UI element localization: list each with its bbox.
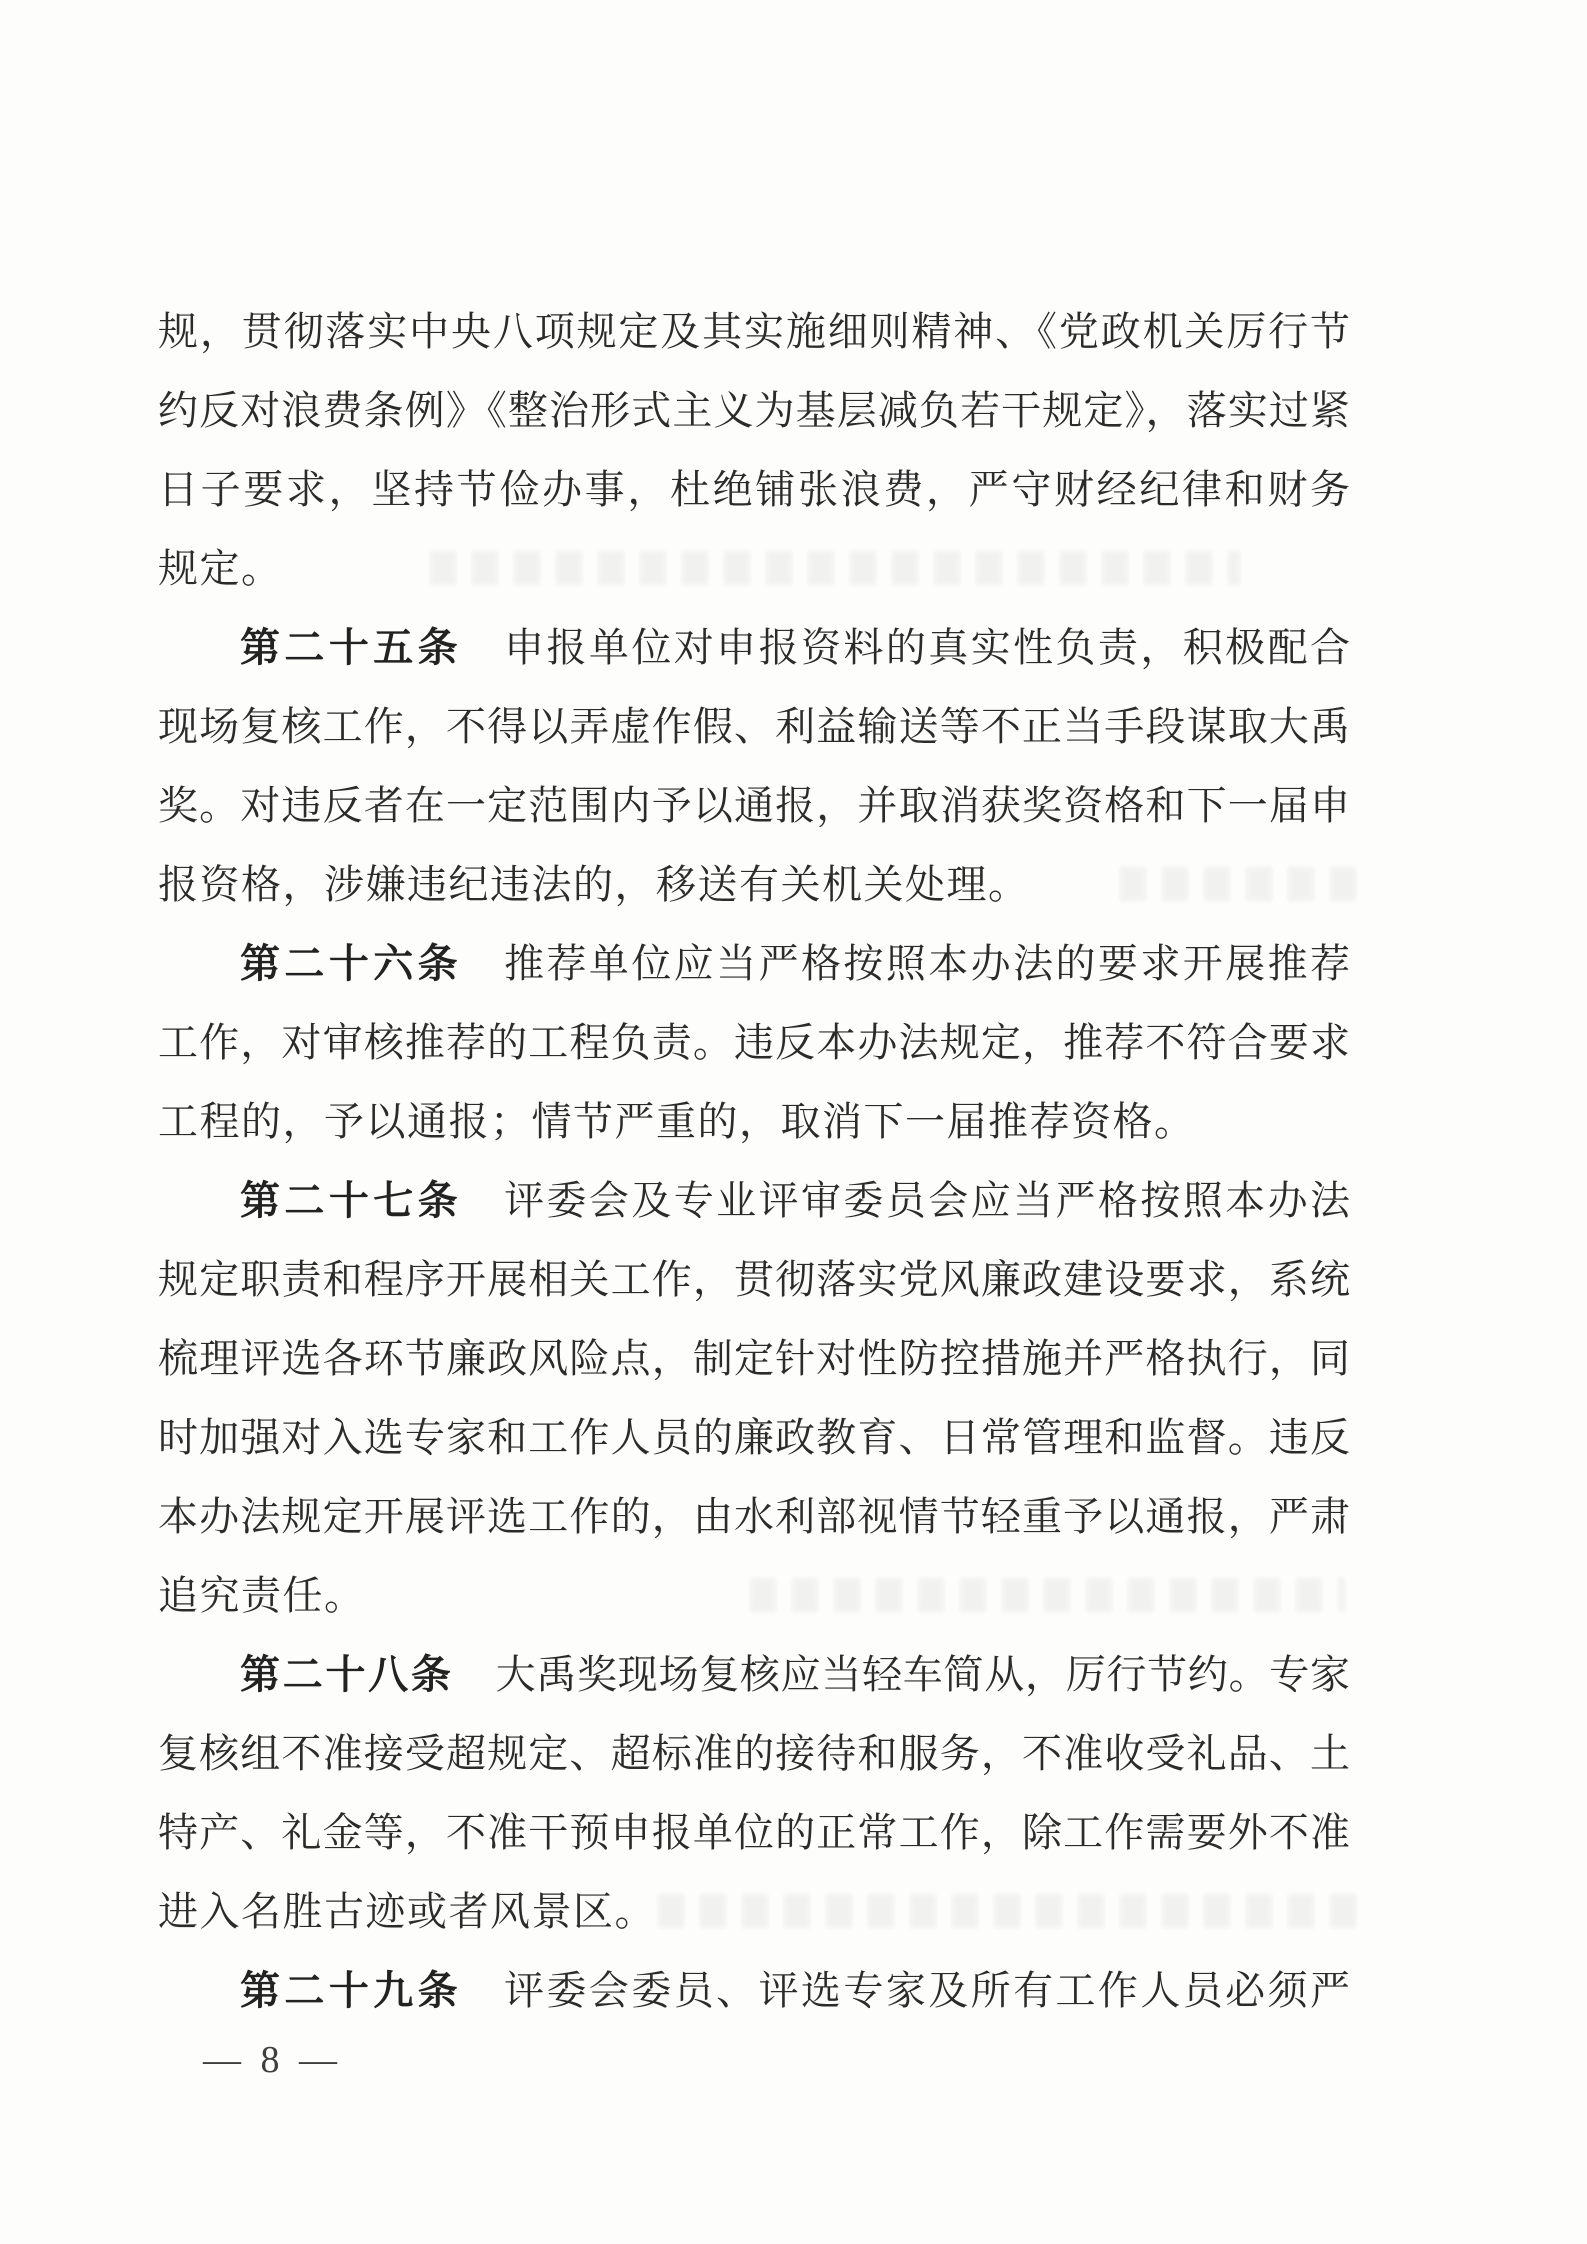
text-line: 规，贯彻落实中央八项规定及其实施细则精神、《党政机关厉行节 [158, 292, 1350, 371]
line-text: 申报单位对申报资料的真实性负责，积极配合 [504, 625, 1350, 670]
page-number: — 8 — [203, 2038, 342, 2082]
article-line: 第二十六条推荐单位应当严格按照本办法的要求开展推荐 [158, 924, 1350, 1003]
text-line: 约反对浪费条例》《整治形式主义为基层减负若干规定》，落实过紧 [158, 371, 1350, 450]
line-text: 约反对浪费条例》《整治形式主义为基层减负若干规定》，落实过紧 [158, 388, 1350, 433]
text-line: 报资格，涉嫌违纪违法的，移送有关机关处理。 [158, 845, 1350, 924]
article-number: 第二十七条 [240, 1179, 462, 1223]
line-text: 推荐单位应当严格按照本办法的要求开展推荐 [504, 941, 1350, 986]
line-text: 本办法规定开展评选工作的，由水利部视情节轻重予以通报，严肃 [158, 1494, 1350, 1539]
text-line: 进入名胜古迹或者风景区。 [158, 1872, 1350, 1951]
line-text: 工程的，予以通报；情节严重的，取消下一届推荐资格。 [158, 1099, 1196, 1144]
line-text: 工作，对审核推荐的工程负责。违反本办法规定，推荐不符合要求 [158, 1020, 1350, 1065]
line-text: 评委会委员、评选专家及所有工作人员必须严 [504, 1968, 1350, 2013]
text-line: 规定职责和程序开展相关工作，贯彻落实党风廉政建设要求，系统 [158, 1240, 1350, 1319]
text-line: 工程的，予以通报；情节严重的，取消下一届推荐资格。 [158, 1082, 1350, 1161]
line-text: 追究责任。 [158, 1573, 366, 1618]
article-number: 第二十九条 [240, 1969, 462, 2013]
line-text: 奖。对违反者在一定范围内予以通报，并取消获奖资格和下一届申 [158, 783, 1350, 828]
text-line: 工作，对审核推荐的工程负责。违反本办法规定，推荐不符合要求 [158, 1003, 1350, 1082]
line-text: 时加强对入选专家和工作人员的廉政教育、日常管理和监督。违反 [158, 1415, 1350, 1460]
text-line: 本办法规定开展评选工作的，由水利部视情节轻重予以通报，严肃 [158, 1477, 1350, 1556]
text-line: 时加强对入选专家和工作人员的廉政教育、日常管理和监督。违反 [158, 1398, 1350, 1477]
line-text: 日子要求，坚持节俭办事，杜绝铺张浪费，严守财经纪律和财务 [158, 467, 1350, 512]
text-line: 奖。对违反者在一定范围内予以通报，并取消获奖资格和下一届申 [158, 766, 1350, 845]
article-number: 第二十六条 [240, 942, 462, 986]
article-line: 第二十五条申报单位对申报资料的真实性负责，积极配合 [158, 608, 1350, 687]
line-text: 特产、礼金等，不准干预申报单位的正常工作，除工作需要外不准 [158, 1810, 1350, 1855]
text-line: 特产、礼金等，不准干预申报单位的正常工作，除工作需要外不准 [158, 1793, 1350, 1872]
text-line: 日子要求，坚持节俭办事，杜绝铺张浪费，严守财经纪律和财务 [158, 450, 1350, 529]
line-text: 评委会及专业评审委员会应当严格按照本办法 [504, 1178, 1350, 1223]
line-text: 规定。 [158, 546, 283, 591]
text-line: 梳理评选各环节廉政风险点，制定针对性防控措施并严格执行，同 [158, 1319, 1350, 1398]
text-line: 追究责任。 [158, 1556, 1350, 1635]
document-page: 规，贯彻落实中央八项规定及其实施细则精神、《党政机关厉行节约反对浪费条例》《整治… [0, 0, 1587, 2244]
text-line: 规定。 [158, 529, 1350, 608]
line-text: 大禹奖现场复核应当轻车简从，厉行节约。专家 [496, 1652, 1350, 1697]
line-text: 进入名胜古迹或者风景区。 [158, 1889, 656, 1934]
line-text: 梳理评选各环节廉政风险点，制定针对性防控措施并严格执行，同 [158, 1336, 1350, 1381]
article-number: 第二十八条 [240, 1653, 454, 1697]
text-line: 现场复核工作，不得以弄虚作假、利益输送等不正当手段谋取大禹 [158, 687, 1350, 766]
article-line: 第二十八条大禹奖现场复核应当轻车简从，厉行节约。专家 [158, 1635, 1350, 1714]
document-body: 规，贯彻落实中央八项规定及其实施细则精神、《党政机关厉行节约反对浪费条例》《整治… [158, 292, 1350, 2030]
line-text: 现场复核工作，不得以弄虚作假、利益输送等不正当手段谋取大禹 [158, 704, 1350, 749]
article-number: 第二十五条 [240, 626, 462, 670]
line-text: 规，贯彻落实中央八项规定及其实施细则精神、《党政机关厉行节 [158, 309, 1350, 354]
line-text: 报资格，涉嫌违纪违法的，移送有关机关处理。 [158, 862, 1030, 907]
line-text: 复核组不准接受超规定、超标准的接待和服务，不准收受礼品、土 [158, 1731, 1350, 1776]
text-line: 复核组不准接受超规定、超标准的接待和服务，不准收受礼品、土 [158, 1714, 1350, 1793]
article-line: 第二十九条评委会委员、评选专家及所有工作人员必须严 [158, 1951, 1350, 2030]
line-text: 规定职责和程序开展相关工作，贯彻落实党风廉政建设要求，系统 [158, 1257, 1350, 1302]
article-line: 第二十七条评委会及专业评审委员会应当严格按照本办法 [158, 1161, 1350, 1240]
